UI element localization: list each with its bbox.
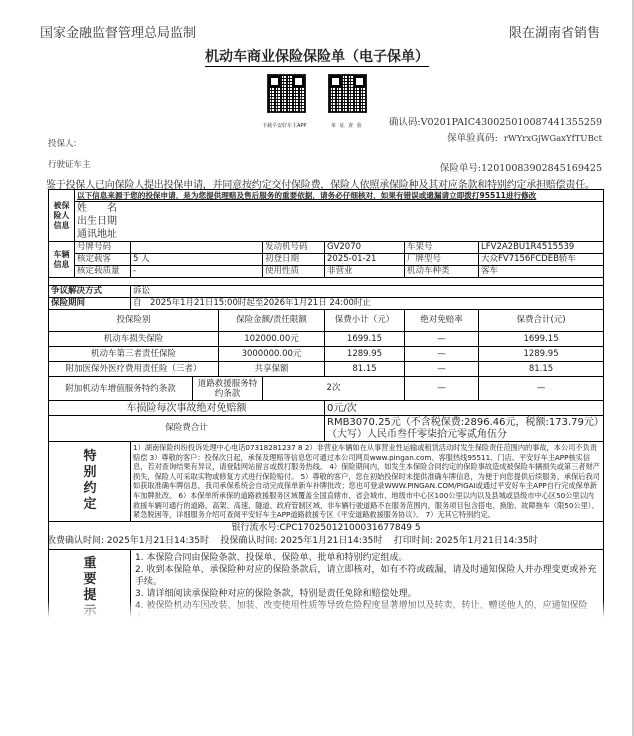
special-terms-text: 1）湖南保险纠纷投诉处理中心电话07318281237 8 2）非营业车辆如在从…: [131, 442, 604, 522]
addon-deductible: —: [405, 377, 479, 401]
addon-name: 附加机动车增值服务特约条款: [49, 377, 193, 401]
spacer-row: [49, 278, 604, 286]
addon-sub: 道路救援服务特约条款: [193, 377, 263, 401]
addon-amount: 2次: [263, 377, 405, 401]
reg-date-value: 2025-01-21: [325, 254, 405, 266]
col-header-deductible: 绝对免赔率: [405, 310, 479, 332]
insured-section-label: 被保险人信息: [49, 190, 75, 242]
reg-date-label: 初登日期: [263, 254, 325, 266]
coverage-name: 附加医保外医疗费用责任险（三者）: [49, 362, 219, 377]
premium-total-value: RMB3070.25元（不含税保费:2896.46元，税额:173.79元）（大…: [325, 416, 604, 442]
coverage-deductible: —: [405, 332, 479, 347]
insured-birthdate: 出生日期: [75, 215, 604, 228]
deductible-value: 0元/次: [325, 401, 604, 416]
vehicle-section-label: 车辆信息: [49, 242, 75, 278]
coverage-amount: 3000000.00元: [219, 347, 325, 362]
col-header-amount: 保险金额/责任限额: [219, 310, 325, 332]
load-value: -: [131, 266, 263, 278]
coverage-addon-row: 附加机动车增值服务特约条款 道路救援服务特约条款 2次 — —: [49, 377, 604, 401]
coverage-name: 机动车第三者责任保险: [49, 347, 219, 362]
premium-total-label: 保险费合计: [49, 416, 325, 442]
page-fade: [46, 600, 606, 630]
policy-number: 保险单号:12010083902845169425: [440, 160, 602, 174]
qr-label-app: 下载平安好车主APP: [262, 122, 306, 129]
col-header-total: 保费合计(元): [479, 310, 604, 332]
col-header-premium: 保费小计（元）: [325, 310, 405, 332]
document-title: 机动车商业保险保险单（电子保单）: [0, 46, 634, 66]
vehicle-type-value: 客车: [479, 266, 604, 278]
usage-label: 使用性质: [263, 266, 325, 278]
sales-region-label: 限在湖南省销售: [509, 22, 600, 41]
col-header-coverage: 投保险别: [49, 310, 219, 332]
coverage-premium: 1289.95: [325, 347, 405, 362]
coverage-deductible: —: [405, 347, 479, 362]
owner-label: 行驶证车主: [48, 158, 91, 170]
coverage-header-row: 投保险别 保险金额/责任限额 保费小计（元） 绝对免赔率 保费合计(元): [49, 310, 604, 332]
verify-code: 保单验真码: rWYrxGjWGaxYfTUBct: [447, 130, 602, 144]
coverage-amount: 共享保额: [219, 362, 325, 377]
vehicle-row: 车辆信息 号牌号码 发动机号码 GV2070 车架号 LFV2A2BU1R451…: [49, 242, 604, 254]
plate-value: [131, 242, 263, 254]
coverage-total: 81.15: [479, 362, 604, 377]
coverage-row: 附加医保外医疗费用责任险（三者） 共享保额 81.15 — 81.15: [49, 362, 604, 377]
applicant-label: 投保人:: [48, 137, 76, 149]
coverage-row: 机动车第三者责任保险 3000000.00元 1289.95 — 1289.95: [49, 347, 604, 362]
timestamps: 收费确认时间: 2025年1月21日14:35时 投保确认时间: 2025年1月…: [49, 535, 604, 548]
special-terms-label: 特别约定: [49, 442, 131, 522]
coverage-deductible: —: [405, 362, 479, 377]
engine-label: 发动机号码: [263, 242, 325, 254]
insured-address: 通讯地址: [75, 228, 604, 242]
deductible-label: 车损险每次事故绝对免赔额: [49, 401, 325, 416]
seats-label: 核定载客: [75, 254, 131, 266]
dispute-label: 争议解决方式: [49, 286, 131, 298]
vehicle-type-label: 机动车种类: [405, 266, 479, 278]
dispute-value: 诉讼: [131, 286, 604, 298]
vin-label: 车架号: [405, 242, 479, 254]
period-label: 保险期间: [49, 298, 131, 310]
usage-value: 非营业: [325, 266, 405, 278]
model-value: 大众FV7156FCDEB轿车: [479, 254, 604, 266]
regulator-label: 国家金融监督管理总局监制: [40, 22, 196, 41]
coverage-row: 机动车损失保险 102000.00元 1699.15 — 1699.15: [49, 332, 604, 347]
note-item: 3. 请详细阅读承保险种对应的保险条款，特别是责任免除和赔偿处理。: [135, 588, 599, 600]
vehicle-row: 核定载客 5 人 初登日期 2025-01-21 厂牌型号 大众FV7156FC…: [49, 254, 604, 266]
insured-notice-row: 被保险人信息 以下信息来源于您的投保申请，是为您提供理赔及售后服务的重要依据，请…: [49, 190, 604, 202]
addon-total: —: [479, 377, 604, 401]
coverage-total: 1699.15: [479, 332, 604, 347]
vin-value: LFV2A2BU1R4515539: [479, 242, 604, 254]
note-item: 2. 收到本保险单、承保险种对应的保险条款后，请立即核对，如有不符或疏漏，请及时…: [135, 564, 599, 588]
load-label: 核定载质量: [75, 266, 131, 278]
policy-table: 被保险人信息 以下信息来源于您的投保申请，是为您提供理赔及售后服务的重要依据，请…: [48, 189, 604, 626]
vehicle-row: 核定载质量 - 使用性质 非营业 机动车种类 客车: [49, 266, 604, 278]
model-label: 厂牌型号: [405, 254, 479, 266]
seats-value: 5 人: [131, 254, 263, 266]
coverage-amount: 102000.00元: [219, 332, 325, 347]
coverage-premium: 1699.15: [325, 332, 405, 347]
engine-value: GV2070: [325, 242, 405, 254]
insured-notice: 以下信息来源于您的投保申请，是为您提供理赔及售后服务的重要依据，请务必仔细核对，…: [75, 190, 604, 202]
insured-name: 姓 名: [75, 202, 604, 216]
period-value: 自 2025年1月21日15:00时起至2026年1月21日 24:00时止: [131, 298, 604, 310]
coverage-name: 机动车损失保险: [49, 332, 219, 347]
note-item: 1. 本保险合同由保险条款、投保单、保险单、批单和特别约定组成。: [135, 552, 599, 564]
plate-label: 号牌号码: [75, 242, 131, 254]
coverage-total: 1289.95: [479, 347, 604, 362]
confirm-code: 确认码:V0201PAIC430025010087441355259: [389, 114, 602, 128]
payment-info: 银行流水号:CPC17025012100031677849 5 收费确认时间: …: [49, 521, 604, 549]
qr-code-icon: [328, 74, 367, 113]
qr-label-verify: 单 证 查 验: [331, 122, 363, 129]
qr-code-icon: [267, 74, 306, 113]
bank-serial: 银行流水号:CPC17025012100031677849 5: [49, 522, 603, 535]
coverage-premium: 81.15: [325, 362, 405, 377]
